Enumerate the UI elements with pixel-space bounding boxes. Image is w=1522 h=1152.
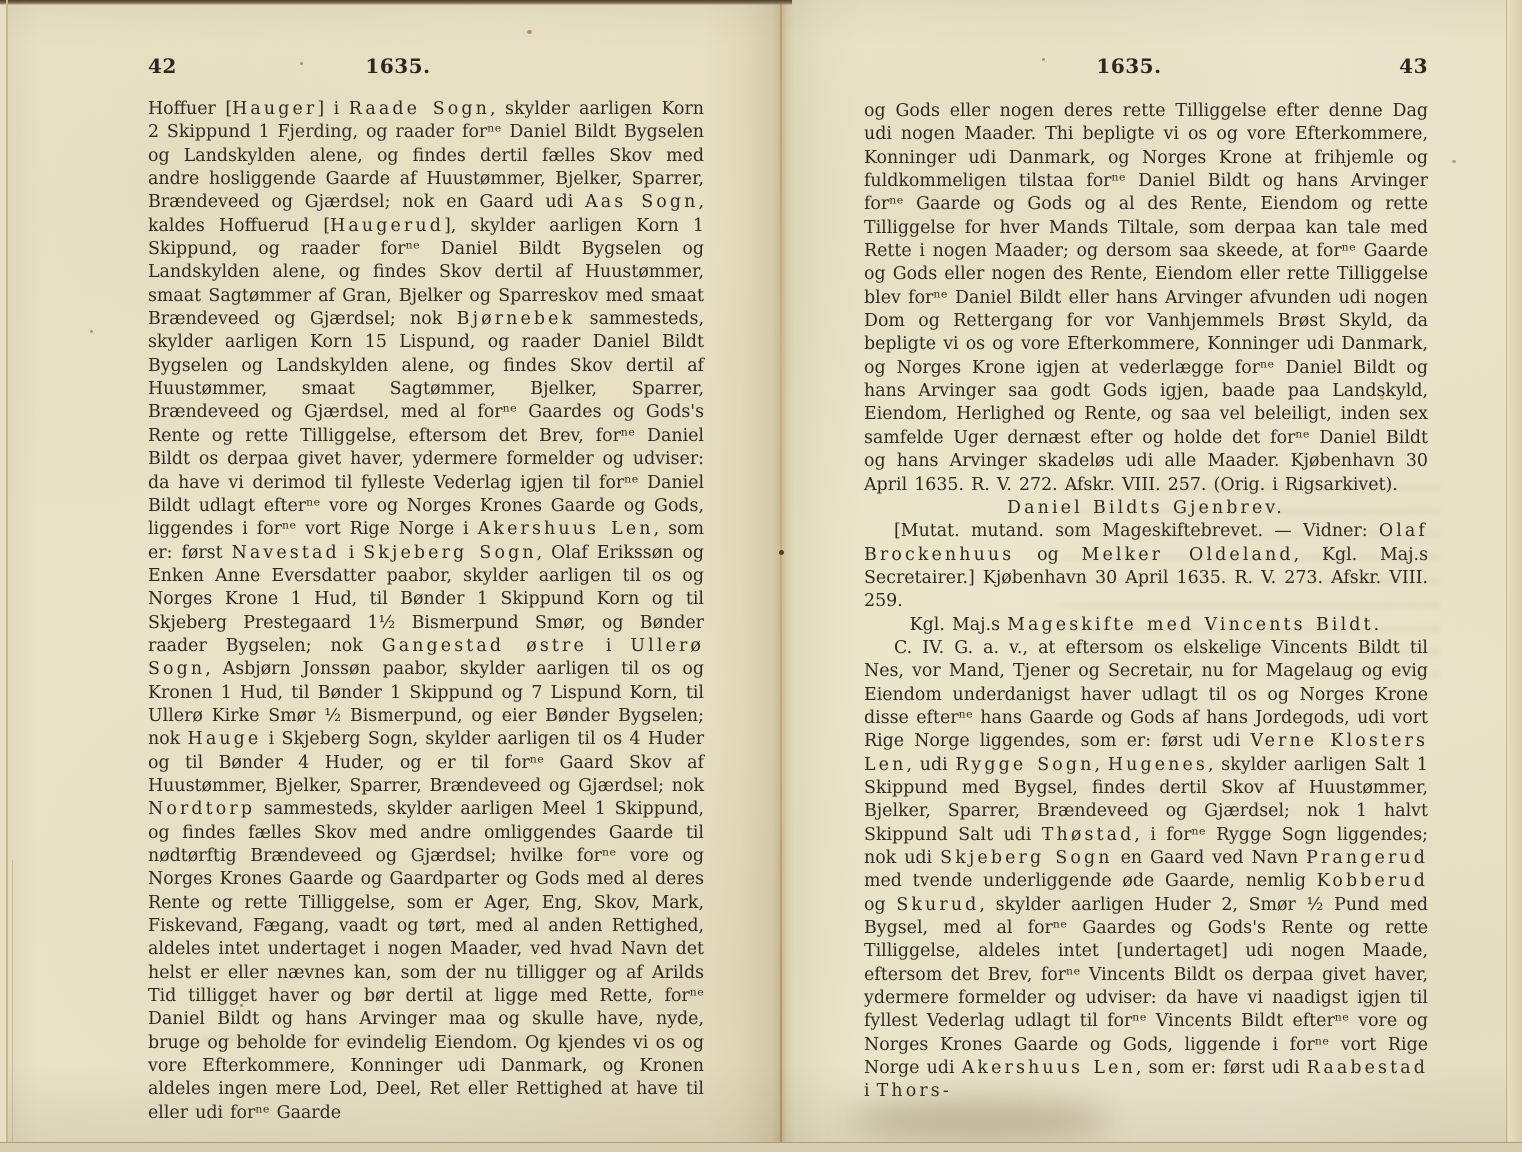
body-paragraph: [Mutat. mutand. som Mageskiftebrevet. — … <box>864 520 1428 613</box>
spaced-proper-name: Hauge <box>188 729 262 749</box>
page-right-edge <box>1506 0 1522 1142</box>
spaced-proper-name: Akershuus Len <box>478 519 654 539</box>
spaced-proper-name: Gangestad østre <box>382 636 587 656</box>
spaced-proper-name: Raabestad <box>1307 1058 1428 1078</box>
page-bottom-edge <box>0 1142 1522 1152</box>
section-heading: Daniel Bildts Gjenbrev. <box>864 497 1428 520</box>
gutter-fold-line <box>780 0 782 1142</box>
spaced-proper-name: Prangerud <box>1306 848 1428 868</box>
spaced-proper-name: Nordtorp <box>148 799 255 819</box>
spaced-proper-name: Rygge Sogn <box>955 755 1094 775</box>
body-paragraph: og Gods eller nogen deres rette Tilligge… <box>864 100 1428 497</box>
spaced-proper-name: Skjeberg Sogn <box>940 848 1112 868</box>
right-page: 1635. 43 og Gods eller nogen deres rette… <box>780 0 1508 1142</box>
scan-shadow <box>850 1100 1110 1142</box>
spaced-proper-name: Navestad <box>232 543 340 563</box>
spaced-proper-name: Aas Sogn <box>585 192 698 212</box>
spaced-proper-name: Daniel Bildts Gjenbrev. <box>1007 498 1285 518</box>
section-heading: Kgl. Maj.s Mageskifte med Vincents Bildt… <box>864 614 1428 637</box>
page-left-edge <box>6 0 8 1142</box>
spaced-proper-name: Skurud <box>896 895 979 915</box>
body-paragraph: C. IV. G. a. v., at eftersom os elskelig… <box>864 637 1428 1104</box>
page-left-edge <box>12 860 13 1142</box>
left-page-text: Hoffuer [Hauger] i Raade Sogn, skylder a… <box>148 98 704 1125</box>
left-running-head: 1635. <box>148 54 648 78</box>
spaced-proper-name: Thøstad <box>1042 825 1135 845</box>
spaced-proper-name: Thors- <box>877 1081 952 1101</box>
spaced-proper-name: Skjeberg Sogn <box>363 543 536 563</box>
spaced-proper-name: Haugerud <box>330 216 444 236</box>
spaced-proper-name: Akershuus Len <box>962 1058 1136 1078</box>
right-page-text: og Gods eller nogen deres rette Tilligge… <box>864 100 1428 1104</box>
spaced-proper-name: Kobberud <box>1317 871 1428 891</box>
spaced-proper-name: Hugenes <box>1108 755 1208 775</box>
book-scan: 42 1635. Hoffuer [Hauger] i Raade Sogn, … <box>0 0 1522 1152</box>
spaced-proper-name: Hauger <box>232 99 317 119</box>
right-page-number: 43 <box>864 54 1428 78</box>
spaced-proper-name: Mageskifte med Vincents Bildt. <box>1007 615 1382 635</box>
left-page: 42 1635. Hoffuer [Hauger] i Raade Sogn, … <box>8 0 780 1142</box>
spaced-proper-name: Raade Sogn <box>349 99 490 119</box>
spaced-proper-name: Melker Oldeland <box>1082 545 1294 565</box>
spaced-proper-name: Bjørnebek <box>457 309 576 329</box>
body-paragraph: Hoffuer [Hauger] i Raade Sogn, skylder a… <box>148 98 704 1125</box>
page-top-edge <box>0 0 792 5</box>
